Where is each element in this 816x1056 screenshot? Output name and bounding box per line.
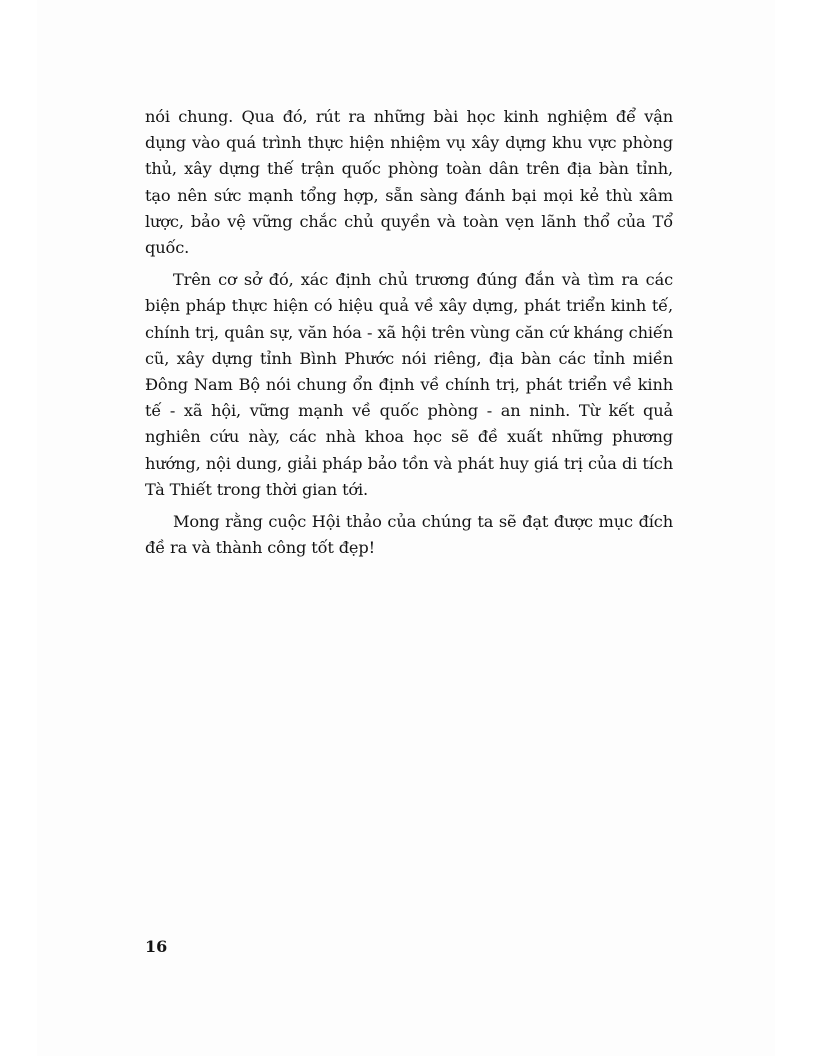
paragraph-3: Mong rằng cuộc Hội thảo của chúng ta sẽ … — [145, 509, 673, 561]
page-body-text: nói chung. Qua đó, rút ra những bài học … — [145, 104, 673, 567]
paragraph-2: Trên cơ sở đó, xác định chủ trương đúng … — [145, 267, 673, 503]
page-number: 16 — [145, 937, 167, 956]
paragraph-1: nói chung. Qua đó, rút ra những bài học … — [145, 104, 673, 261]
